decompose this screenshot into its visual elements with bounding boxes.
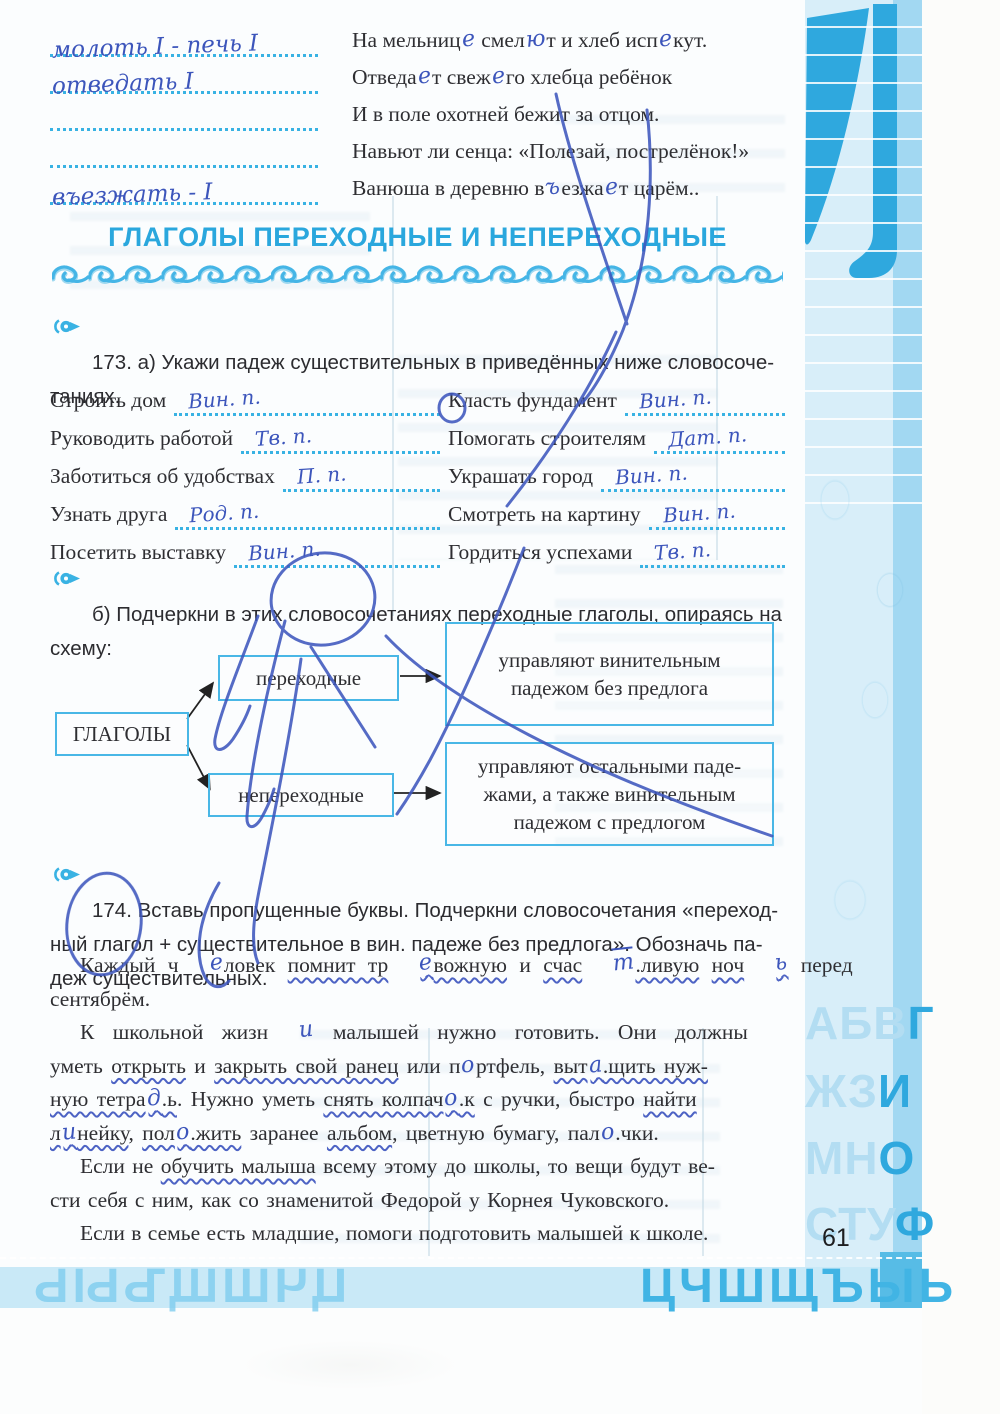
paragraph-line: Если не обучить малыша всему этому до шк… [50,1150,785,1184]
paragraph-line: сентябрём. [50,983,785,1017]
paragraph-line: К школьной жизни малышей нужно готовить.… [50,1016,785,1050]
handwritten-case-answer: Род. п. [189,499,261,528]
dotted-answer-line: Вин. п. [174,385,440,416]
scan-lower-area [0,1308,922,1414]
printed-text: всему этому до школы, то вещи будут ве- [316,1154,715,1178]
paragraph-line: Если в семье есть младшие, помоги подгот… [50,1217,785,1251]
handwritten-case-answer: П. п. [296,461,347,488]
workbook-page-scan: АБВГЖЗИМНОСТУФ 61 ЦЧШЩЪЫЬ ЦЧШЩЪЫЬ молоть… [0,0,1000,1414]
word-pair: Помогать строителямДат. п. [448,416,785,454]
printed-text: вожную [434,953,507,977]
handwritten-case-answer: Вин. п. [662,498,736,527]
chapter-heading: ГЛАГОЛЫ ПЕРЕХОДНЫЕ И НЕПЕРЕХОДНЫЕ [50,222,785,253]
dotted-answer-line: Дат. п. [654,423,785,454]
handwritten-case-answer: Вин. п. [247,536,321,565]
paragraph: Если не обучить малыша всему этому до шк… [50,1150,785,1217]
dictation-row: молоть I - печь IНа мельнице смелют и хл… [50,20,785,57]
answer-line [50,94,318,131]
word-pair: Руководить работойТв. п. [50,416,440,454]
printed-text: сти себя с ним, как со знаменитой Федоро… [50,1188,669,1212]
handwritten-case-answer: Вин. п. [614,460,688,489]
printed-text: .ливую [635,953,699,977]
printed-text: и [507,953,543,977]
printed-text: .ь [162,1087,177,1111]
diagram-root-label: ГЛАГОЛЫ [73,720,171,748]
margin-letters-dark: О [879,1132,916,1184]
printed-text: или п [398,1054,460,1078]
poem-line: Отведает свежего хлебца ребёнок [352,60,672,94]
handwritten-case-answer: Вин. п. [187,384,261,413]
handwritten-letter: о [599,1115,616,1150]
printed-text: смел [476,28,525,52]
scan-smudge [240,1340,460,1390]
margin-letters-light: ЖЗ [805,1065,878,1117]
handwritten-letter: а [587,1048,604,1083]
margin-texture [805,380,922,1260]
handwritten-letter: ю [524,21,547,57]
printed-text: К школьной жизн [80,1020,268,1044]
printed-text: альбом [327,1121,392,1145]
exercise-174-line: 174. Вставь пропущенные буквы. Подчеркни… [50,894,785,928]
answer-line: отведать I [50,57,318,94]
handwritten-letter: е [416,58,433,93]
diagram-root-box: ГЛАГОЛЫ [55,712,189,756]
bottom-alphabet-mirrored: ЦЧШЩЪЫЬ [30,1263,347,1311]
word-pair-phrase: Строить дом [50,384,166,416]
poem-line: Навьют ли сенца: «Полезай, пострелёнок!» [352,134,749,168]
printed-text: .жить [190,1121,241,1145]
dictation-section: молоть I - печь IНа мельнице смелют и хл… [50,20,785,205]
handwritten-letter: е [178,946,224,984]
exercise-marker-icon [50,570,82,587]
poem-line: На мельнице смелют и хлеб испекут. [352,23,707,57]
handwritten-letter: о [174,1115,191,1150]
paragraph-line: Каждый человек помнит тревожную и счаст.… [50,949,785,983]
printed-text: пол [142,1121,175,1145]
page-number: 61 [822,1224,850,1253]
word-pair: Смотреть на картинуВин. п. [448,492,785,530]
printed-text: ную тетра [50,1087,146,1111]
printed-text: т и хлеб исп [546,28,658,52]
margin-alphabet-row: АБВГ [805,1000,922,1046]
handwritten-case-answer: Дат. п. [667,422,748,451]
printed-text: л [50,1121,61,1145]
printed-text: т свеж [432,65,491,89]
handwritten-letter: е [657,21,674,56]
diagram-desc1-text: управляют винительнымпадежом без предлог… [499,646,721,702]
printed-text: езжа [561,176,603,200]
word-pair: Узнать другаРод. п. [50,492,440,530]
ornamental-wave-border [52,264,783,288]
printed-text: ноч [712,953,745,977]
printed-text: Отведа [352,65,417,89]
word-pair: Строить домВин. п. [50,378,440,416]
page-crease [0,1257,922,1259]
word-pair: Посетить выставкуВин. п. [50,530,440,568]
word-pair-phrase: Заботиться об удобствах [50,460,275,492]
handwritten-letter: и [60,1115,78,1150]
diagram-desc-line: жами, а также винительным [478,780,741,808]
printed-text: Ванюша в деревню в [352,176,544,200]
printed-text [699,953,711,977]
dictation-row: Навьют ли сенца: «Полезай, пострелёнок!» [50,131,785,168]
printed-text: закрыть свой ранец [214,1054,398,1078]
diagram-branch1-label: переходные [256,664,361,692]
printed-text: снять колпач [323,1087,443,1111]
printed-text: .чки. [615,1121,659,1145]
printed-text: го хлебца ребёнок [506,65,672,89]
printed-text: открыть [111,1054,186,1078]
diagram-branch2-label: непереходные [238,781,364,809]
word-pair-phrase: Класть фундамент [448,384,617,416]
printed-text: . Нужно уметь [177,1087,323,1111]
paragraph-line: линейку, поло.жить заранее альбом, цветн… [50,1117,785,1151]
handwritten-case-answer: Тв. п. [254,423,312,451]
word-pair: Класть фундаментВин. п. [448,378,785,416]
handwritten-letter: е [460,21,477,56]
word-pair-phrase: Украшать город [448,460,593,492]
printed-text: уметь [50,1054,111,1078]
printed-text: малышей нужно готовить. Они должны [315,1020,748,1044]
answer-line: въезжать - I [50,168,318,205]
margin-letters-light: СТУ [805,1198,895,1250]
handwritten-case-answer: Тв. п. [654,537,712,565]
paragraph-line: уметь открыть и закрыть свой ранец или п… [50,1050,785,1084]
handwritten-letter: е [490,58,507,93]
printed-text: счас [543,953,582,977]
diagram-desc-line: управляют остальными паде- [478,752,741,780]
diagram-branch2-box: непереходные [208,773,394,817]
word-pair-row: Руководить работойТв. п.Помогать строите… [50,416,785,454]
printed-text: т царём.. [619,176,699,200]
paragraph-line: сти себя с ним, как со знаменитой Федоро… [50,1184,785,1218]
printed-text: заранее [241,1121,327,1145]
dotted-answer-line: Род. п. [175,499,440,530]
handwritten-letter: т [582,945,636,984]
diagram-desc-line: падежом с предлогом [478,808,741,836]
printed-text: обучить малыша [161,1154,316,1178]
dictation-row: отведать IОтведает свежего хлебца ребёно… [50,57,785,94]
paragraph: К школьной жизни малышей нужно готовить.… [50,1016,785,1150]
diagram-desc1-box: управляют винительнымпадежом без предлог… [445,622,774,726]
printed-text: Каждый ч [80,953,179,977]
printed-text: выт [554,1054,588,1078]
margin-letters-light: АБВ [805,997,908,1049]
dotted-answer-line: Вин. п. [601,461,785,492]
paragraph: Если в семье есть младшие, помоги подгот… [50,1217,785,1251]
word-pair-row: Узнать другаРод. п.Смотреть на картинуВи… [50,492,785,530]
poem-line: И в поле охотней бежит за отцом. [352,97,659,131]
margin-alphabet-row: ЖЗИ [805,1068,922,1114]
exercise-marker-icon [50,318,82,335]
exercise-174-text: Каждый человек помнит тревожную и счаст.… [50,949,785,1251]
exercise-173a-line: 173. а) Укажи падеж существительных в пр… [50,346,785,380]
margin-alphabet-row: МНО [805,1135,922,1181]
handwritten-letter: е [388,946,434,984]
answer-line [50,131,318,168]
answer-line: молоть I - печь I [50,20,318,57]
dotted-answer-line: Тв. п. [241,423,440,454]
diagram-desc-line: управляют винительным [499,646,721,674]
printed-text: , цветную бумагу, пал [392,1121,600,1145]
printed-text: с ручки, быстро [475,1087,643,1111]
printed-text: И в поле охотней бежит за отцом. [352,102,659,126]
printed-text: сентябрём. [50,987,150,1011]
handwritten-answer: въезжать - I [52,179,213,211]
handwritten-letter: о [460,1048,477,1083]
word-pair-row: Заботиться об удобствахП. п.Украшать гор… [50,454,785,492]
word-pair: Заботиться об удобствахП. п. [50,454,440,492]
dotted-answer-line: П. п. [283,461,440,492]
dotted-answer-line: Вин. п. [649,499,785,530]
printed-text: ловек [224,953,288,977]
printed-text: найти [643,1087,696,1111]
handwritten-letter: д [145,1081,163,1116]
handwritten-letter: е [603,169,620,204]
printed-text: Если в семье есть младшие, помоги подгот… [80,1221,708,1245]
handwritten-letter: и [267,1013,315,1051]
word-pair-phrase: Помогать строителям [448,422,646,454]
word-pair-row: Строить домВин. п.Класть фундаментВин. п… [50,378,785,416]
printed-text: перед [788,953,852,977]
margin-letters-dark: И [878,1065,912,1117]
margin-letters-dark: Ф [895,1198,935,1250]
dictation-row: въезжать - IВанюша в деревню въезжает ца… [50,168,785,205]
margin-letters-dark: Г [908,997,935,1049]
dotted-answer-line: Вин. п. [625,385,785,416]
diagram-desc-line: падежом без предлога [499,674,721,702]
word-pair-phrase: Узнать друга [50,498,167,530]
printed-text: .к [459,1087,475,1111]
dictation-row: И в поле охотней бежит за отцом. [50,94,785,131]
printed-text: , [128,1121,142,1145]
poem-line: Ванюша в деревню въезжает царём.. [352,171,699,205]
printed-text: На мельниц [352,28,461,52]
margin-letters-light: МН [805,1132,879,1184]
word-pair-row: Посетить выставкуВин. п.Гордиться успеха… [50,530,785,568]
word-pairs-grid: Строить домВин. п.Класть фундаментВин. п… [50,378,785,568]
diagram-desc2-text: управляют остальными паде-жами, а также … [478,752,741,836]
printed-text: и [186,1054,214,1078]
verbs-scheme-diagram: ГЛАГОЛЫ переходные непереходные управляю… [50,615,785,855]
word-pair: Украшать городВин. п. [448,454,785,492]
word-pair: Гордиться успехамиТв. п. [448,530,785,568]
diagram-branch1-box: переходные [218,655,399,701]
printed-text: кут. [673,28,707,52]
printed-text: нейку [77,1121,128,1145]
paragraph: Каждый человек помнит тревожную и счаст.… [50,949,785,1016]
handwritten-letter: ъ [544,169,562,204]
printed-text: Навьют ли сенца: «Полезай, пострелёнок!» [352,139,749,163]
handwritten-letter: ь [743,946,788,984]
printed-text: ртфель, [476,1054,554,1078]
printed-text: помнит тр [288,953,389,977]
exercise-marker-icon [50,866,82,883]
printed-text: .щить нуж- [603,1054,708,1078]
word-pair-phrase: Смотреть на картину [448,498,641,530]
bottom-alphabet-letters: ЦЧШЩЪЫЬ [640,1263,957,1311]
paragraph-line: ную тетрад.ь. Нужно уметь снять колпачо.… [50,1083,785,1117]
diagram-desc2-box: управляют остальными паде-жами, а также … [445,742,774,846]
handwritten-case-answer: Вин. п. [638,384,712,413]
printed-text: Если не [80,1154,161,1178]
handwritten-letter: о [443,1081,460,1116]
word-pair-phrase: Руководить работой [50,422,233,454]
